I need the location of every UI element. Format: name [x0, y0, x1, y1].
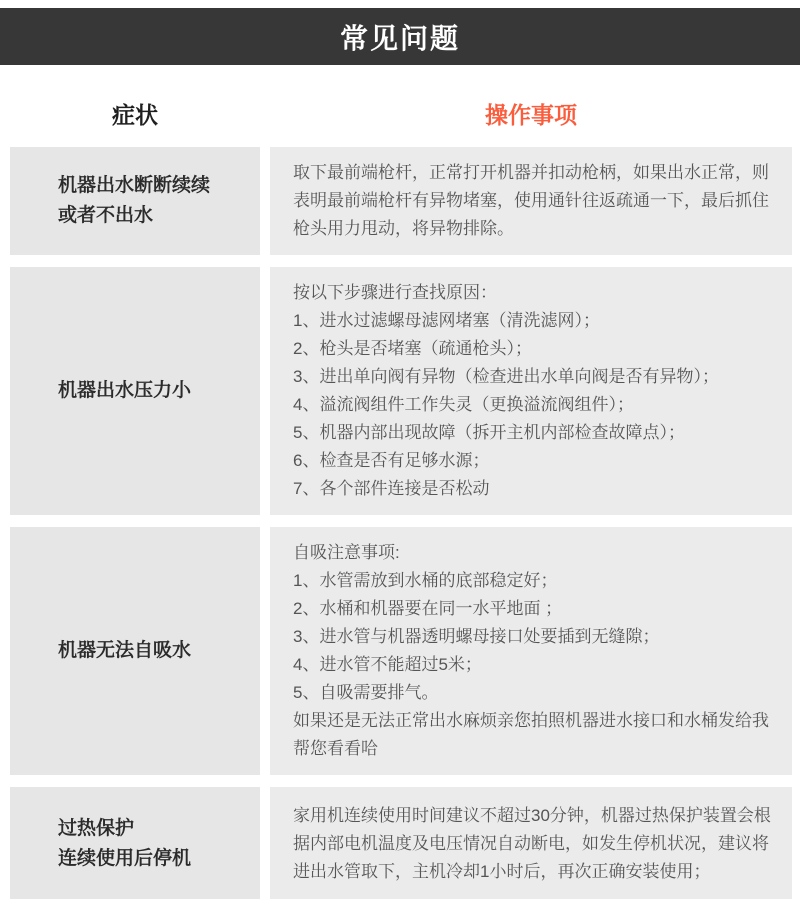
faq-row-overheat-protection: 过热保护 连续使用后停机 家用机连续使用时间建议不超过30分钟，机器过热保护装置… [10, 787, 792, 899]
faq-page: 常见问题 症状 操作事项 机器出水断断续续 或者不出水 取下最前端枪杆，正常打开… [0, 0, 800, 899]
symptom-text: 过热保护 连续使用后停机 [58, 814, 191, 874]
faq-row-intermittent-water: 机器出水断断续续 或者不出水 取下最前端枪杆，正常打开机器并扣动枪柄，如果出水正… [10, 147, 792, 255]
action-text: 家用机连续使用时间建议不超过30分钟，机器过热保护装置会根据内部电机温度及电压情… [293, 802, 772, 886]
symptom-text: 机器出水压力小 [58, 376, 191, 406]
action-text: 取下最前端枪杆，正常打开机器并扣动枪柄，如果出水正常，则表明最前端枪杆有异物堵塞… [293, 159, 772, 243]
action-cell: 取下最前端枪杆，正常打开机器并扣动枪柄，如果出水正常，则表明最前端枪杆有异物堵塞… [270, 147, 792, 255]
symptom-text: 机器无法自吸水 [58, 636, 191, 666]
symptom-cell: 过热保护 连续使用后停机 [10, 787, 260, 899]
faq-row-low-pressure: 机器出水压力小 按以下步骤进行查找原因： 1、进水过滤螺母滤网堵塞（清洗滤网）；… [10, 267, 792, 515]
action-cell: 自吸注意事项: 1、水管需放到水桶的底部稳定好； 2、水桶和机器要在同一水平地面… [270, 527, 792, 775]
symptom-cell: 机器出水压力小 [10, 267, 260, 515]
column-header-action: 操作事项 [270, 83, 792, 130]
faq-row-no-self-priming: 机器无法自吸水 自吸注意事项: 1、水管需放到水桶的底部稳定好； 2、水桶和机器… [10, 527, 792, 775]
page-title-banner: 常见问题 [0, 8, 800, 65]
symptom-text: 机器出水断断续续 或者不出水 [58, 171, 210, 231]
action-cell: 按以下步骤进行查找原因： 1、进水过滤螺母滤网堵塞（清洗滤网）； 2、枪头是否堵… [270, 267, 792, 515]
action-cell: 家用机连续使用时间建议不超过30分钟，机器过热保护装置会根据内部电机温度及电压情… [270, 787, 792, 899]
action-text: 按以下步骤进行查找原因： 1、进水过滤螺母滤网堵塞（清洗滤网）； 2、枪头是否堵… [293, 279, 719, 503]
symptom-cell: 机器无法自吸水 [10, 527, 260, 775]
action-text: 自吸注意事项: 1、水管需放到水桶的底部稳定好； 2、水桶和机器要在同一水平地面… [293, 539, 772, 763]
column-header-symptom: 症状 [10, 83, 260, 130]
page-title: 常见问题 [340, 17, 460, 57]
faq-table: 机器出水断断续续 或者不出水 取下最前端枪杆，正常打开机器并扣动枪柄，如果出水正… [0, 147, 800, 899]
symptom-cell: 机器出水断断续续 或者不出水 [10, 147, 260, 255]
column-headers: 症状 操作事项 [0, 65, 800, 147]
